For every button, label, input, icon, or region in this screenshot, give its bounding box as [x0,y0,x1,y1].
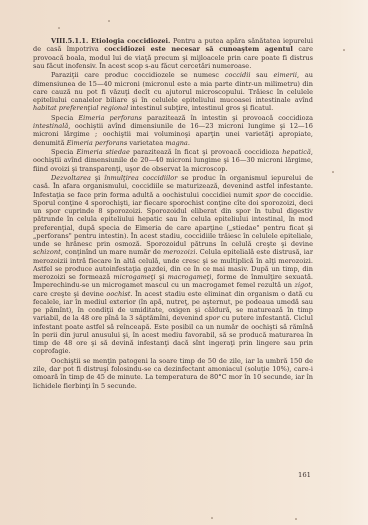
text-run: varietatea [127,139,165,147]
text-run: şi [156,273,168,281]
page-number: 161 [298,471,311,479]
italic-term: magna [165,139,188,147]
italic-term: habitat preferenţial regional [33,104,128,112]
text-run: sau [250,71,273,79]
italic-term: eimerii [273,71,297,79]
heading-text: VIII.5.1.1. Etiologia coccidiozei. [51,37,170,45]
text-run: , conţinînd un mare număr de [61,248,163,256]
heading-text: coccidiozei este necesar să cunoaştem ag… [104,45,293,53]
italic-term: zigot [294,281,310,289]
paper-speck [211,517,213,519]
paragraph: VIII.5.1.1. Etiologia coccidiozei. Pentr… [33,37,313,70]
paper-speck [108,20,110,22]
paragraph: Specia Eimeria perforans parazitează în … [33,114,313,147]
italic-term: spor [256,191,271,199]
paper-speck [295,518,297,520]
body-text: VIII.5.1.1. Etiologia coccidiozei. Pentr… [33,37,313,390]
italic-term: Eimeria perforans [78,114,142,122]
text-run: parazitează în intestin şi provoacă cocc… [142,114,313,122]
paragraph: Paraziţii care produc coccidiozele se nu… [33,71,313,112]
paper-speck [332,171,334,173]
text-run: Paraziţii care produc coccidiozele se nu… [51,71,225,79]
text-run: de coccidie. Sporul conţine 4 sporochişt… [33,191,313,249]
text-run: intestinul subţire, intestinul gros şi f… [128,104,273,112]
text-run: şi [91,174,104,182]
italic-term: Dezvoltarea [51,174,91,182]
italic-term: intestinală [33,122,68,130]
text-run: Specia [51,148,76,156]
italic-term: coccidii [225,71,251,79]
text-run: . [188,139,190,147]
book-page: VIII.5.1.1. Etiologia coccidiozei. Pentr… [0,0,368,525]
text-run: parazitează în ficat şi provoacă coccidi… [130,148,282,156]
italic-term: Eimeria stiedae [76,148,129,156]
italic-term: merozoizi [163,248,195,256]
paragraph: Dezvoltarea şi înmulţirea coccidiilor se… [33,174,313,356]
paragraph: Specia Eimeria stiedae parazitează în fi… [33,148,313,173]
paper-speck [343,49,345,51]
text-run: Oochiştii se menţin patogeni la soare ti… [33,357,313,390]
italic-term: macrogameţi [168,273,212,281]
italic-term: schizont [33,248,61,256]
paper-speck [58,27,60,29]
text-run: Specia [51,114,78,122]
italic-term: hepatică [282,148,311,156]
italic-term: oochist [106,290,130,298]
italic-term: spor [205,314,220,322]
italic-term: Eimeria perforans [67,139,128,147]
italic-term: microgameţi [113,273,155,281]
italic-term: înmulţirea coccidiilor [104,174,177,182]
paragraph: Oochiştii se menţin patogeni la soare ti… [33,357,313,390]
